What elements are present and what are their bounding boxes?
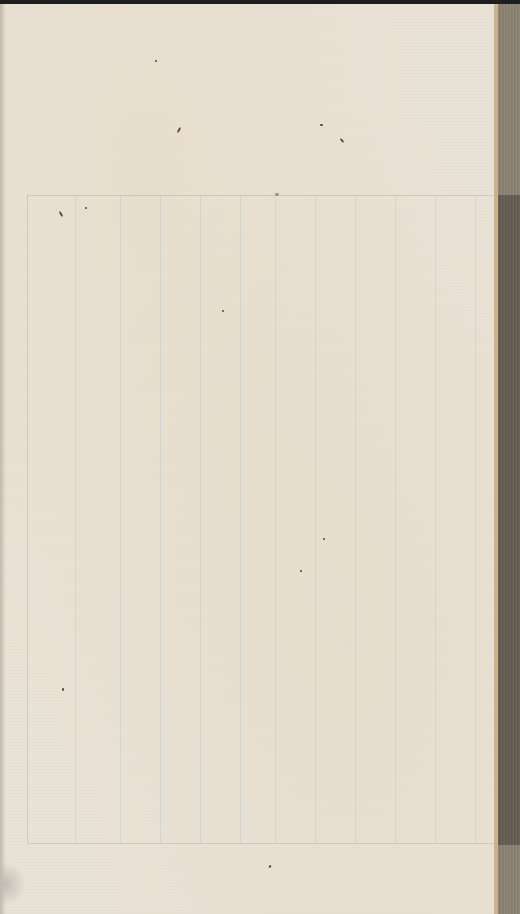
paper-speck xyxy=(155,60,157,62)
scanned-page xyxy=(0,0,520,914)
header-rule xyxy=(27,195,494,196)
paper-speck xyxy=(62,688,64,691)
paper-speck xyxy=(222,310,224,312)
column-rule xyxy=(200,195,201,843)
paper-speck xyxy=(323,538,325,540)
column-rule xyxy=(240,195,241,843)
paper-speck xyxy=(275,193,279,196)
footer-rule xyxy=(27,843,494,844)
paper-speck xyxy=(300,570,302,572)
column-rule xyxy=(75,195,76,843)
column-rule xyxy=(120,195,121,843)
left-margin-rule xyxy=(27,195,28,843)
gutter-shadow xyxy=(0,4,6,914)
column-rule xyxy=(315,195,316,843)
column-rule xyxy=(475,195,476,843)
column-rule xyxy=(355,195,356,843)
column-rule xyxy=(395,195,396,843)
corner-wear xyxy=(0,862,26,906)
column-rule xyxy=(435,195,436,843)
paper-speck xyxy=(320,124,323,126)
column-rule xyxy=(160,195,161,843)
book-fore-edge-worn xyxy=(498,195,520,845)
column-rule xyxy=(275,195,276,843)
paper-speck xyxy=(85,207,87,209)
